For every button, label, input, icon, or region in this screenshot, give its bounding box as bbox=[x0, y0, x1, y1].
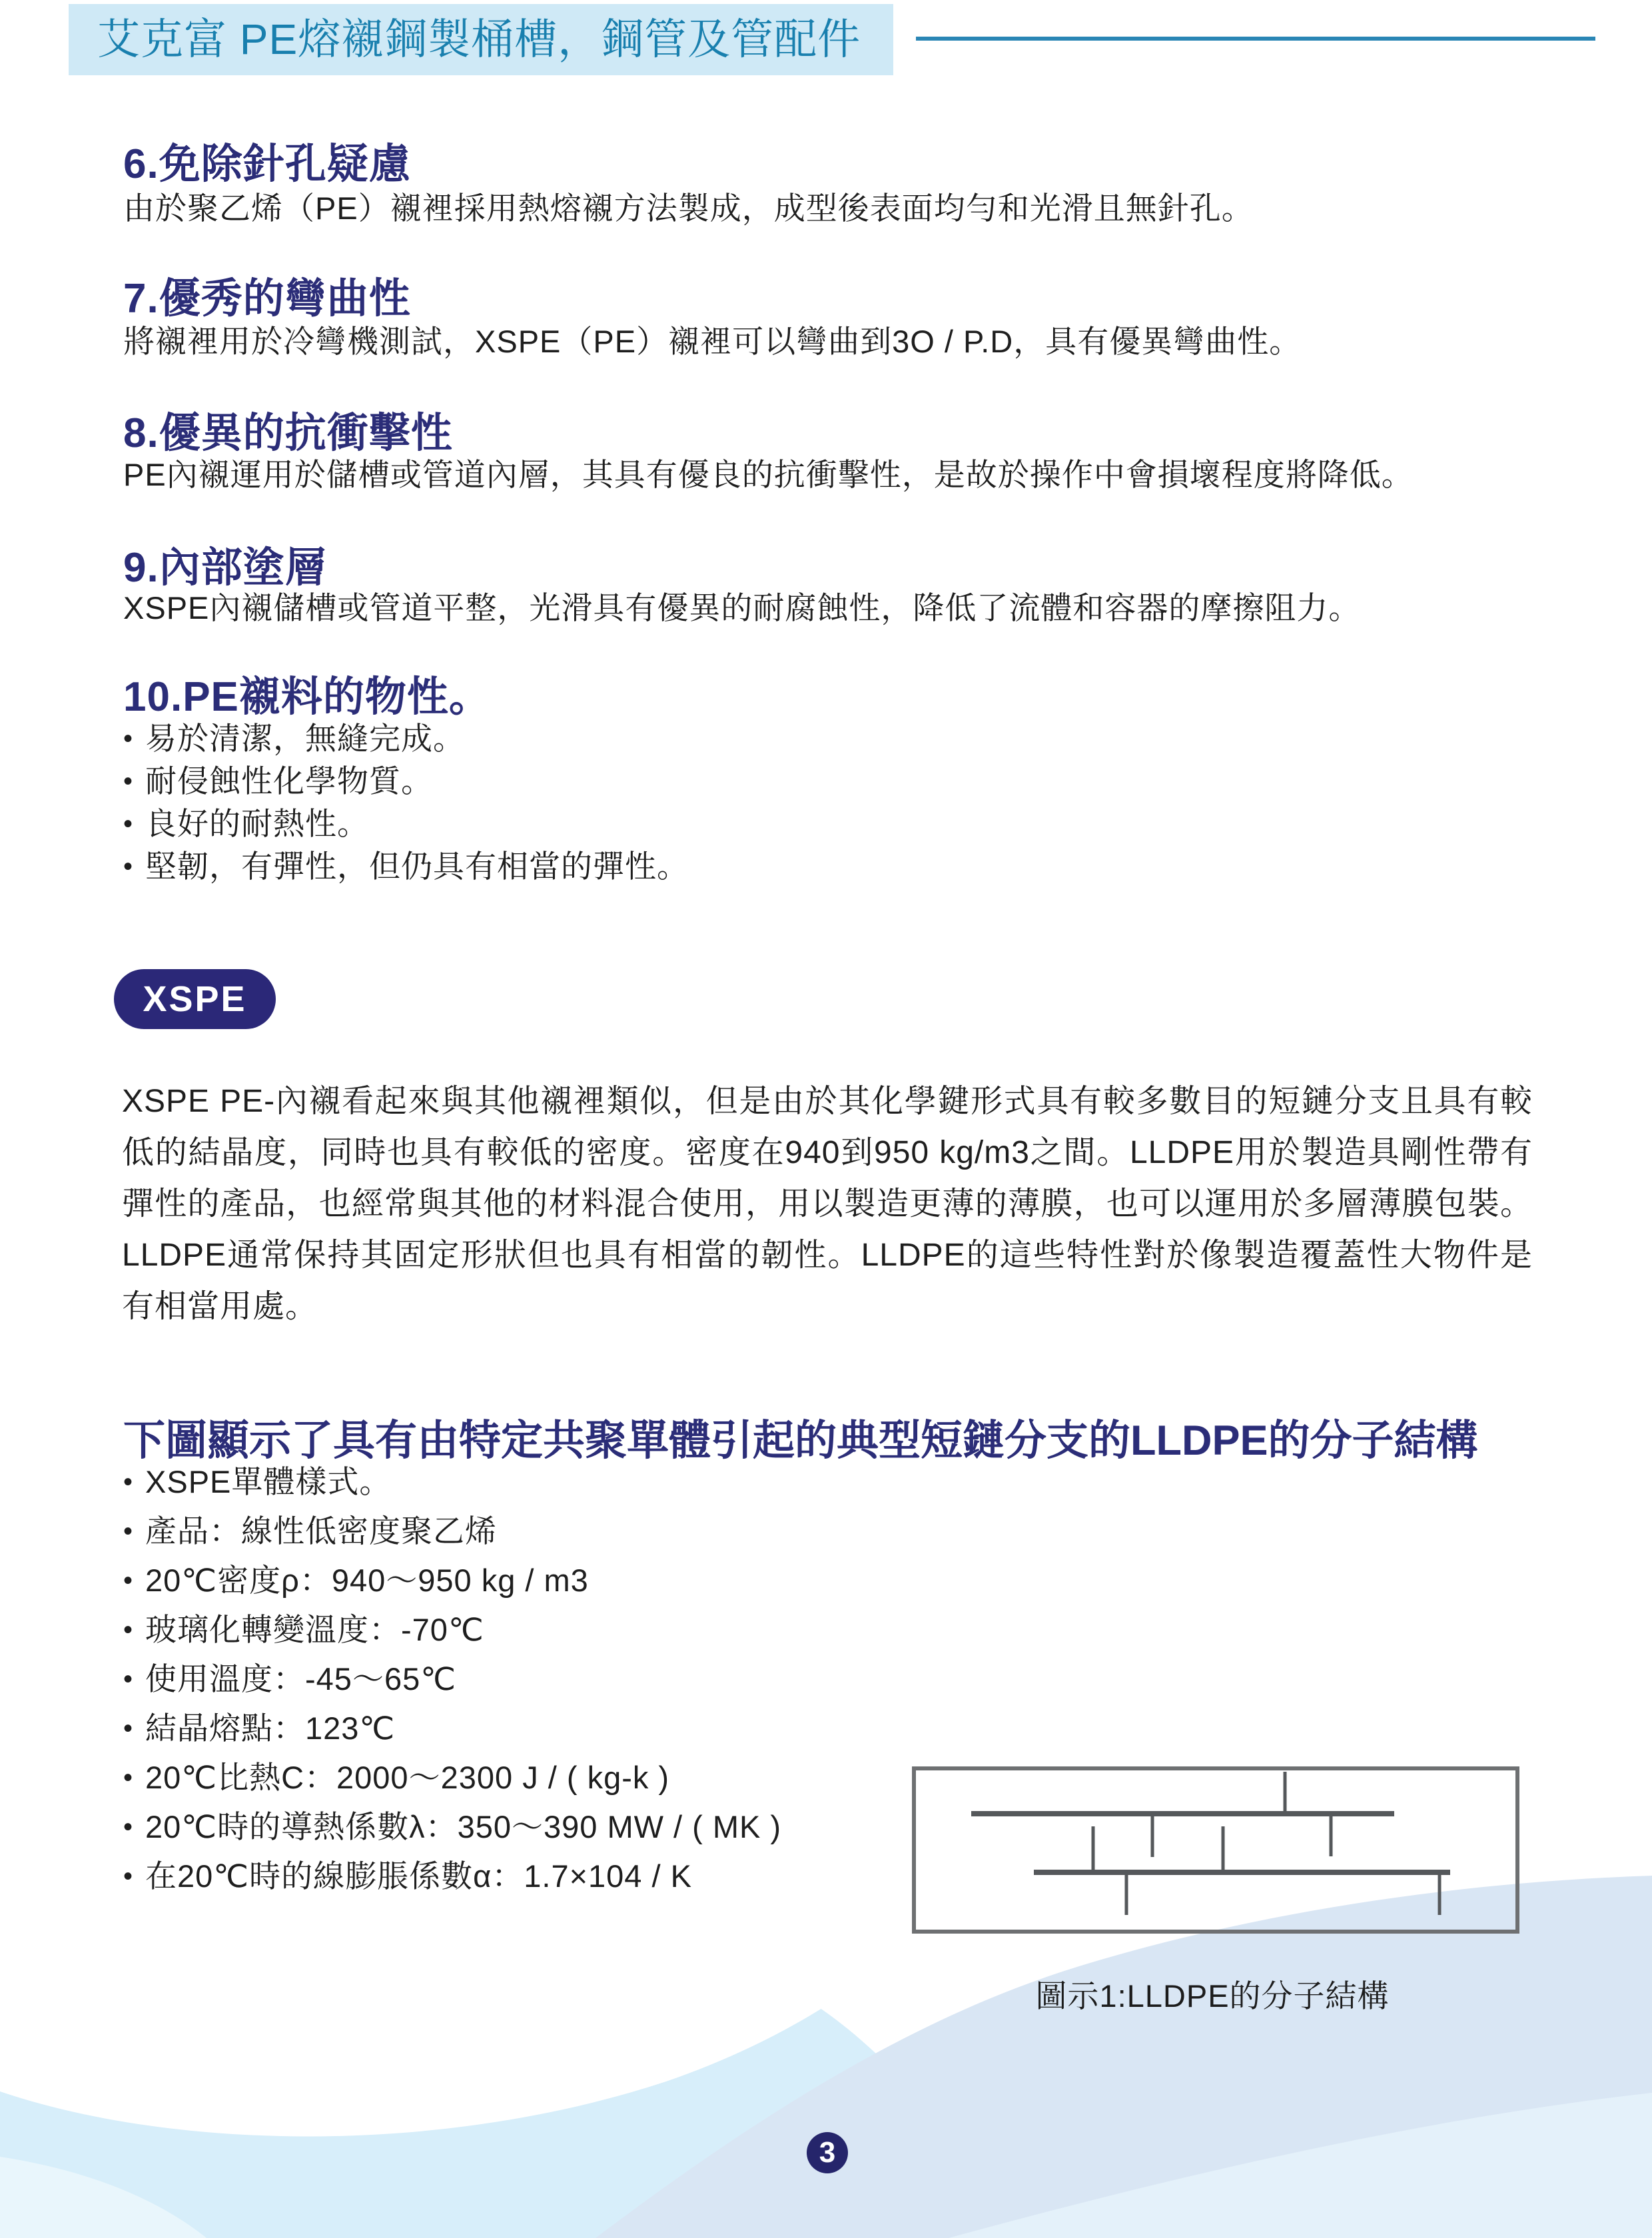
bullet-icon: • bbox=[123, 1611, 133, 1649]
structure-item-label: 產品：線性低密度聚乙烯 bbox=[145, 1512, 497, 1551]
section-10-heading: 10.PE襯料的物性。 bbox=[123, 663, 491, 723]
structure-item: • XSPE單體樣式。 bbox=[123, 1463, 391, 1501]
section-7-body: 將襯裡用於冷彎機測試，XSPE（PE）襯裡可以彎曲到3O / P.D，具有優異彎… bbox=[123, 317, 1301, 362]
bullet-icon: • bbox=[123, 1512, 133, 1551]
diagram-border bbox=[914, 1768, 1517, 1932]
xspe-paragraph: XSPE PE-內襯看起來與其他襯裡類似，但是由於其化學鍵形式具有較多數目的短鏈… bbox=[122, 1076, 1533, 1332]
section-6-heading: 6.免除針孔疑慮 bbox=[123, 131, 411, 190]
structure-item-label: 結晶熔點：123℃ bbox=[145, 1709, 395, 1748]
property-item: • 耐侵蝕性化學物質。 bbox=[123, 762, 433, 801]
figure-caption: 圖示1:LLDPE的分子結構 bbox=[966, 1972, 1459, 2016]
structure-item-label: 20℃時的導熱係數λ：350～390 MW / ( MK ) bbox=[145, 1808, 781, 1846]
xspe-badge-label: XSPE bbox=[143, 978, 246, 1020]
property-item-label: 堅韌，有彈性，但仍具有相當的彈性。 bbox=[145, 847, 689, 886]
page-number-badge: 3 bbox=[807, 2132, 848, 2173]
bullet-icon: • bbox=[123, 1857, 133, 1896]
structure-item: • 玻璃化轉變溫度：-70℃ bbox=[123, 1611, 484, 1649]
section-7-heading: 7.優秀的彎曲性 bbox=[123, 265, 411, 324]
structure-item-label: 玻璃化轉變溫度：-70℃ bbox=[145, 1611, 484, 1649]
bullet-icon: • bbox=[123, 1709, 133, 1748]
bullet-icon: • bbox=[123, 847, 133, 886]
structure-item: • 結晶熔點：123℃ bbox=[123, 1709, 395, 1748]
property-item-label: 易於清潔，無縫完成。 bbox=[145, 719, 465, 758]
property-item: • 堅韌，有彈性，但仍具有相當的彈性。 bbox=[123, 847, 689, 886]
bullet-icon: • bbox=[123, 1463, 133, 1501]
molecule-diagram bbox=[912, 1766, 1519, 1934]
property-item-label: 耐侵蝕性化學物質。 bbox=[145, 762, 433, 801]
structure-item-label: 使用溫度：-45～65℃ bbox=[145, 1660, 456, 1698]
property-item: • 易於清潔，無縫完成。 bbox=[123, 719, 465, 758]
structure-item-label: 20℃比熱C：2000～2300 J / ( kg-k ) bbox=[145, 1758, 669, 1797]
bullet-icon: • bbox=[123, 719, 133, 758]
structure-item-label: 20℃密度ρ：940～950 kg / m3 bbox=[145, 1561, 589, 1600]
section-8-body: PE內襯運用於儲槽或管道內層，其具有優良的抗衝擊性，是故於操作中會損壞程度將降低… bbox=[123, 450, 1414, 495]
structure-section-heading: 下圖顯示了具有由特定共聚單體引起的典型短鏈分支的LLDPE的分子結構 bbox=[123, 1407, 1478, 1467]
property-item-label: 良好的耐熱性。 bbox=[145, 805, 369, 843]
section-9-body: XSPE內襯儲槽或管道平整，光滑具有優異的耐腐蝕性，降低了流體和容器的摩擦阻力。 bbox=[123, 583, 1360, 628]
xspe-badge: XSPE bbox=[114, 969, 276, 1029]
header-rule bbox=[916, 37, 1595, 41]
property-item: • 良好的耐熱性。 bbox=[123, 805, 369, 843]
bullet-icon: • bbox=[123, 1660, 133, 1698]
structure-item: • 20℃比熱C：2000～2300 J / ( kg-k ) bbox=[123, 1758, 669, 1797]
structure-item-label: 在20℃時的線膨脹係數α：1.7×104 / K bbox=[145, 1857, 692, 1896]
page-number: 3 bbox=[819, 2136, 835, 2169]
structure-item: • 20℃密度ρ：940～950 kg / m3 bbox=[123, 1561, 589, 1600]
structure-item-label: XSPE單體樣式。 bbox=[145, 1463, 391, 1501]
page: 艾克富 PE熔襯鋼製桶槽，鋼管及管配件 6.免除針孔疑慮 由於聚乙烯（PE）襯裡… bbox=[0, 0, 1652, 2238]
header-band: 艾克富 PE熔襯鋼製桶槽，鋼管及管配件 bbox=[69, 4, 893, 75]
section-6-body: 由於聚乙烯（PE）襯裡採用熱熔襯方法製成，成型後表面均勻和光滑且無針孔。 bbox=[123, 184, 1254, 228]
bullet-icon: • bbox=[123, 1758, 133, 1797]
bullet-icon: • bbox=[123, 1561, 133, 1600]
structure-item: • 使用溫度：-45～65℃ bbox=[123, 1660, 456, 1698]
bullet-icon: • bbox=[123, 805, 133, 843]
page-title: 艾克富 PE熔襯鋼製桶槽，鋼管及管配件 bbox=[97, 4, 861, 75]
bullet-icon: • bbox=[123, 1808, 133, 1846]
bullet-icon: • bbox=[123, 762, 133, 801]
structure-item: • 在20℃時的線膨脹係數α：1.7×104 / K bbox=[123, 1857, 692, 1896]
structure-item: • 產品：線性低密度聚乙烯 bbox=[123, 1512, 497, 1551]
structure-item: • 20℃時的導熱係數λ：350～390 MW / ( MK ) bbox=[123, 1808, 781, 1846]
